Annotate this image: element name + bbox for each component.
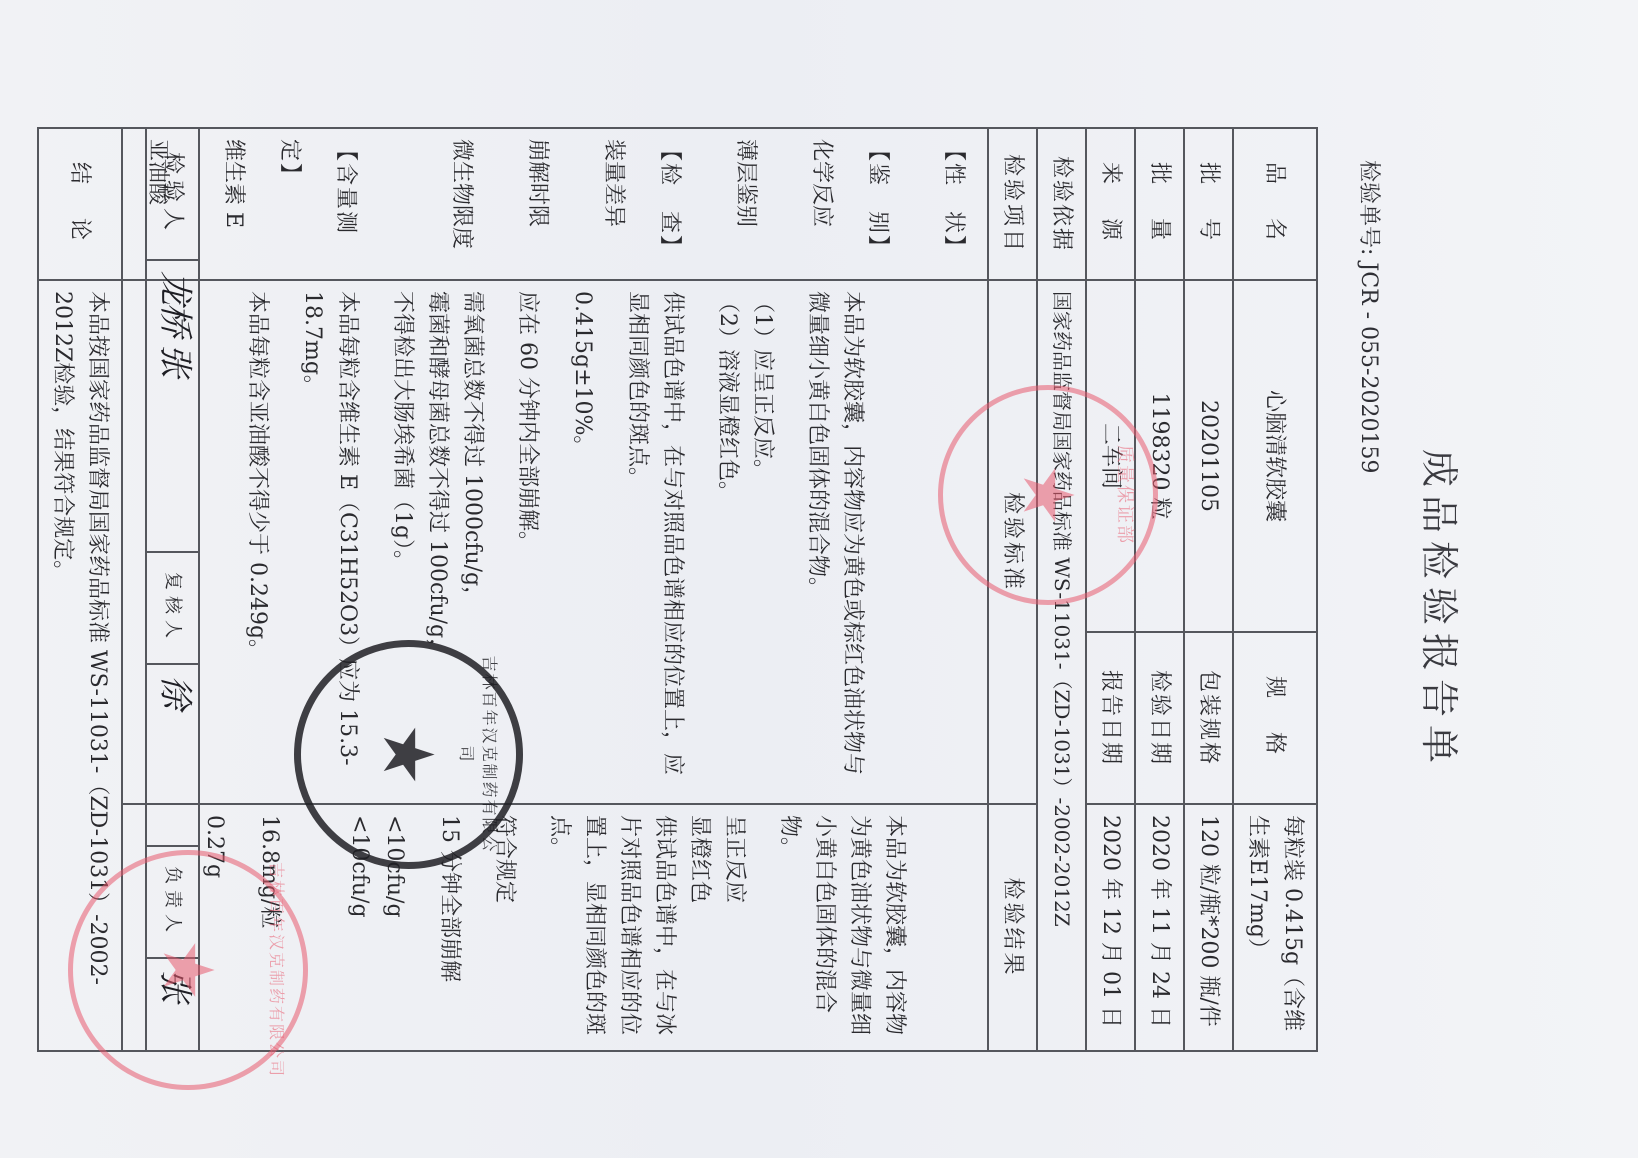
std-chem-1: （1）应呈正反应。 bbox=[745, 291, 780, 793]
test-items: 【性 状】 【鉴 别】 化学反应 薄层鉴别 【检 查】 装量差异 崩解时限 微生… bbox=[122, 128, 988, 280]
item-fill-variation: 装量差异 bbox=[585, 139, 641, 269]
res-fill-variation: 符合规定 bbox=[488, 815, 523, 1040]
item-vitamin-e: 维生素 E bbox=[205, 139, 261, 269]
packaging-value: 120 粒/瓶*200 瓶/件 bbox=[1184, 804, 1233, 1051]
report-number-value: JCR - 055-2020159 bbox=[1356, 262, 1381, 473]
section-identification: 【鉴 别】 bbox=[849, 139, 905, 269]
basis-value: 国家药品监督局国家药品标准 WS-11031-（ZD-1031）-2002-20… bbox=[1037, 280, 1086, 1051]
batch-no: 20201105 bbox=[1184, 280, 1233, 632]
row-product: 品 名 心脑清软胶囊 规 格 每粒装 0.415g（含维生素E17mg） bbox=[1233, 128, 1317, 1051]
inspector-signature: 龙桥 张 bbox=[146, 260, 199, 552]
res-chem-2: 显橙红色 bbox=[683, 815, 718, 1040]
item-appearance: 【性 状】 bbox=[925, 139, 981, 269]
res-chem-1: 呈正反应 bbox=[718, 815, 753, 1040]
res-linoleic: 0.27g bbox=[198, 815, 233, 1040]
spec-label: 规 格 bbox=[1233, 632, 1317, 804]
res-disintegration: 15 分钟全部崩解 bbox=[433, 815, 468, 1040]
batch-no-label: 批 号 bbox=[1184, 128, 1233, 280]
report-date: 2020 年 12 月 01 日 bbox=[1086, 804, 1135, 1051]
row-source: 来 源 二车间 报告日期 2020 年 12 月 01 日 bbox=[1086, 128, 1135, 1051]
source: 二车间 bbox=[1086, 280, 1135, 632]
std-tlc: 供试品色谱中，在与对照品色谱相应的位置上，应显相同颜色的斑点。 bbox=[620, 291, 690, 793]
res-vitamin-e: 16.8mg/粒 bbox=[253, 815, 288, 1040]
reviewer-signature: 徐 bbox=[146, 664, 199, 846]
responsible-signature: 张 bbox=[146, 958, 199, 1051]
report-table: 品 名 心脑清软胶囊 规 格 每粒装 0.415g（含维生素E17mg） 批 号… bbox=[37, 127, 1318, 1052]
inspect-date: 2020 年 11 月 24 日 bbox=[1135, 804, 1184, 1051]
source-label: 来 源 bbox=[1086, 128, 1135, 280]
row-tests: 【性 状】 【鉴 别】 化学反应 薄层鉴别 【检 查】 装量差异 崩解时限 微生… bbox=[122, 128, 988, 1051]
std-linoleic: 本品每粒含亚油酸不得少于 0.249g。 bbox=[240, 291, 275, 793]
std-fill-variation: 0.415g±10%。 bbox=[565, 291, 600, 793]
product-name: 心脑清软胶囊 bbox=[1233, 280, 1317, 632]
basis-label: 检验依据 bbox=[1037, 128, 1086, 280]
col-result: 检验结果 bbox=[988, 804, 1037, 1051]
item-tlc: 薄层鉴别 bbox=[717, 139, 773, 269]
report-title: 成品检验报告单 bbox=[1415, 440, 1470, 780]
batch-qty: 1198320 粒 bbox=[1135, 280, 1184, 632]
std-microbial-2: 霉菌和酵母菌总数不得过 100cfu/g， bbox=[420, 291, 455, 793]
report-date-label: 报告日期 bbox=[1086, 632, 1135, 804]
item-microbial-limit: 微生物限度 bbox=[433, 139, 489, 269]
row-signatures: 检验人 龙桥 张 复核人 徐 负责人 张 bbox=[146, 128, 199, 1051]
res-microbial-2: <10cfu/g bbox=[343, 815, 378, 1040]
responsible-label: 负责人 bbox=[146, 846, 199, 958]
packaging-label: 包装规格 bbox=[1184, 632, 1233, 804]
std-appearance: 本品为软胶囊，内容物应为黄色或棕红色油状物与微量细小黄白色固体的混合物。 bbox=[800, 291, 870, 793]
col-standard: 检验标准 bbox=[988, 280, 1037, 804]
res-tlc: 供试品色谱中，在与冰片对照品色谱相应的位置上，显相同颜色的斑点。 bbox=[543, 815, 683, 1040]
std-microbial-1: 需氧菌总数不得过 1000cfu/g， bbox=[455, 291, 490, 793]
signature-table: 检验人 龙桥 张 复核人 徐 负责人 张 bbox=[145, 127, 200, 1052]
conclusion-label: 结 论 bbox=[38, 128, 122, 280]
test-standards: 本品为软胶囊，内容物应为黄色或棕红色油状物与微量细小黄白色固体的混合物。 （1）… bbox=[122, 280, 988, 804]
section-tests: 【检 查】 bbox=[641, 139, 697, 269]
inspector-label: 检验人 bbox=[146, 128, 199, 260]
spec-value: 每粒装 0.415g（含维生素E17mg） bbox=[1233, 804, 1317, 1051]
row-conclusion: 结 论 本品按国家药品监督局国家药品标准 WS-11031-（ZD-1031）-… bbox=[38, 128, 122, 1051]
row-batch-qty: 批 量 1198320 粒 检验日期 2020 年 11 月 24 日 bbox=[1135, 128, 1184, 1051]
item-chemical-reaction: 化学反应 bbox=[793, 139, 849, 269]
reviewer-label: 复核人 bbox=[146, 552, 199, 664]
row-batch: 批 号 20201105 包装规格 120 粒/瓶*200 瓶/件 bbox=[1184, 128, 1233, 1051]
row-column-headers: 检验项目 检验标准 检验结果 bbox=[988, 128, 1037, 1051]
res-appearance: 本品为软胶囊，内容物为黄色油状物与微量细小黄白色固体的混合物。 bbox=[773, 815, 913, 1040]
conclusion-text: 本品按国家药品监督局国家药品标准 WS-11031-（ZD-1031）-2002… bbox=[38, 280, 122, 1051]
batch-qty-label: 批 量 bbox=[1135, 128, 1184, 280]
row-basis: 检验依据 国家药品监督局国家药品标准 WS-11031-（ZD-1031）-20… bbox=[1037, 128, 1086, 1051]
test-results: 本品为软胶囊，内容物为黄色油状物与微量细小黄白色固体的混合物。 呈正反应 显橙红… bbox=[122, 804, 988, 1051]
res-microbial-1: <10cfu/g bbox=[378, 815, 413, 1040]
section-assay: 【含量测定】 bbox=[261, 139, 373, 269]
std-chem-2: （2）溶液显橙红色。 bbox=[710, 291, 745, 793]
col-items: 检验项目 bbox=[988, 128, 1037, 280]
inspection-report-page: 成品检验报告单 检验单号: JCR - 055-2020159 品 名 心脑清软… bbox=[0, 0, 1638, 1158]
item-disintegration: 崩解时限 bbox=[509, 139, 565, 269]
std-microbial-3: 不得检出大肠埃希菌（1g）。 bbox=[385, 291, 420, 793]
inspect-date-label: 检验日期 bbox=[1135, 632, 1184, 804]
report-number: 检验单号: JCR - 055-2020159 bbox=[1355, 160, 1386, 473]
std-vitamin-e: 本品每粒含维生素 E（C31H52O3）应为 15.3-18.7mg。 bbox=[295, 291, 365, 793]
report-number-label: 检验单号: bbox=[1356, 160, 1381, 255]
std-disintegration: 应在 60 分钟内全部崩解。 bbox=[510, 291, 545, 793]
product-name-label: 品 名 bbox=[1233, 128, 1317, 280]
